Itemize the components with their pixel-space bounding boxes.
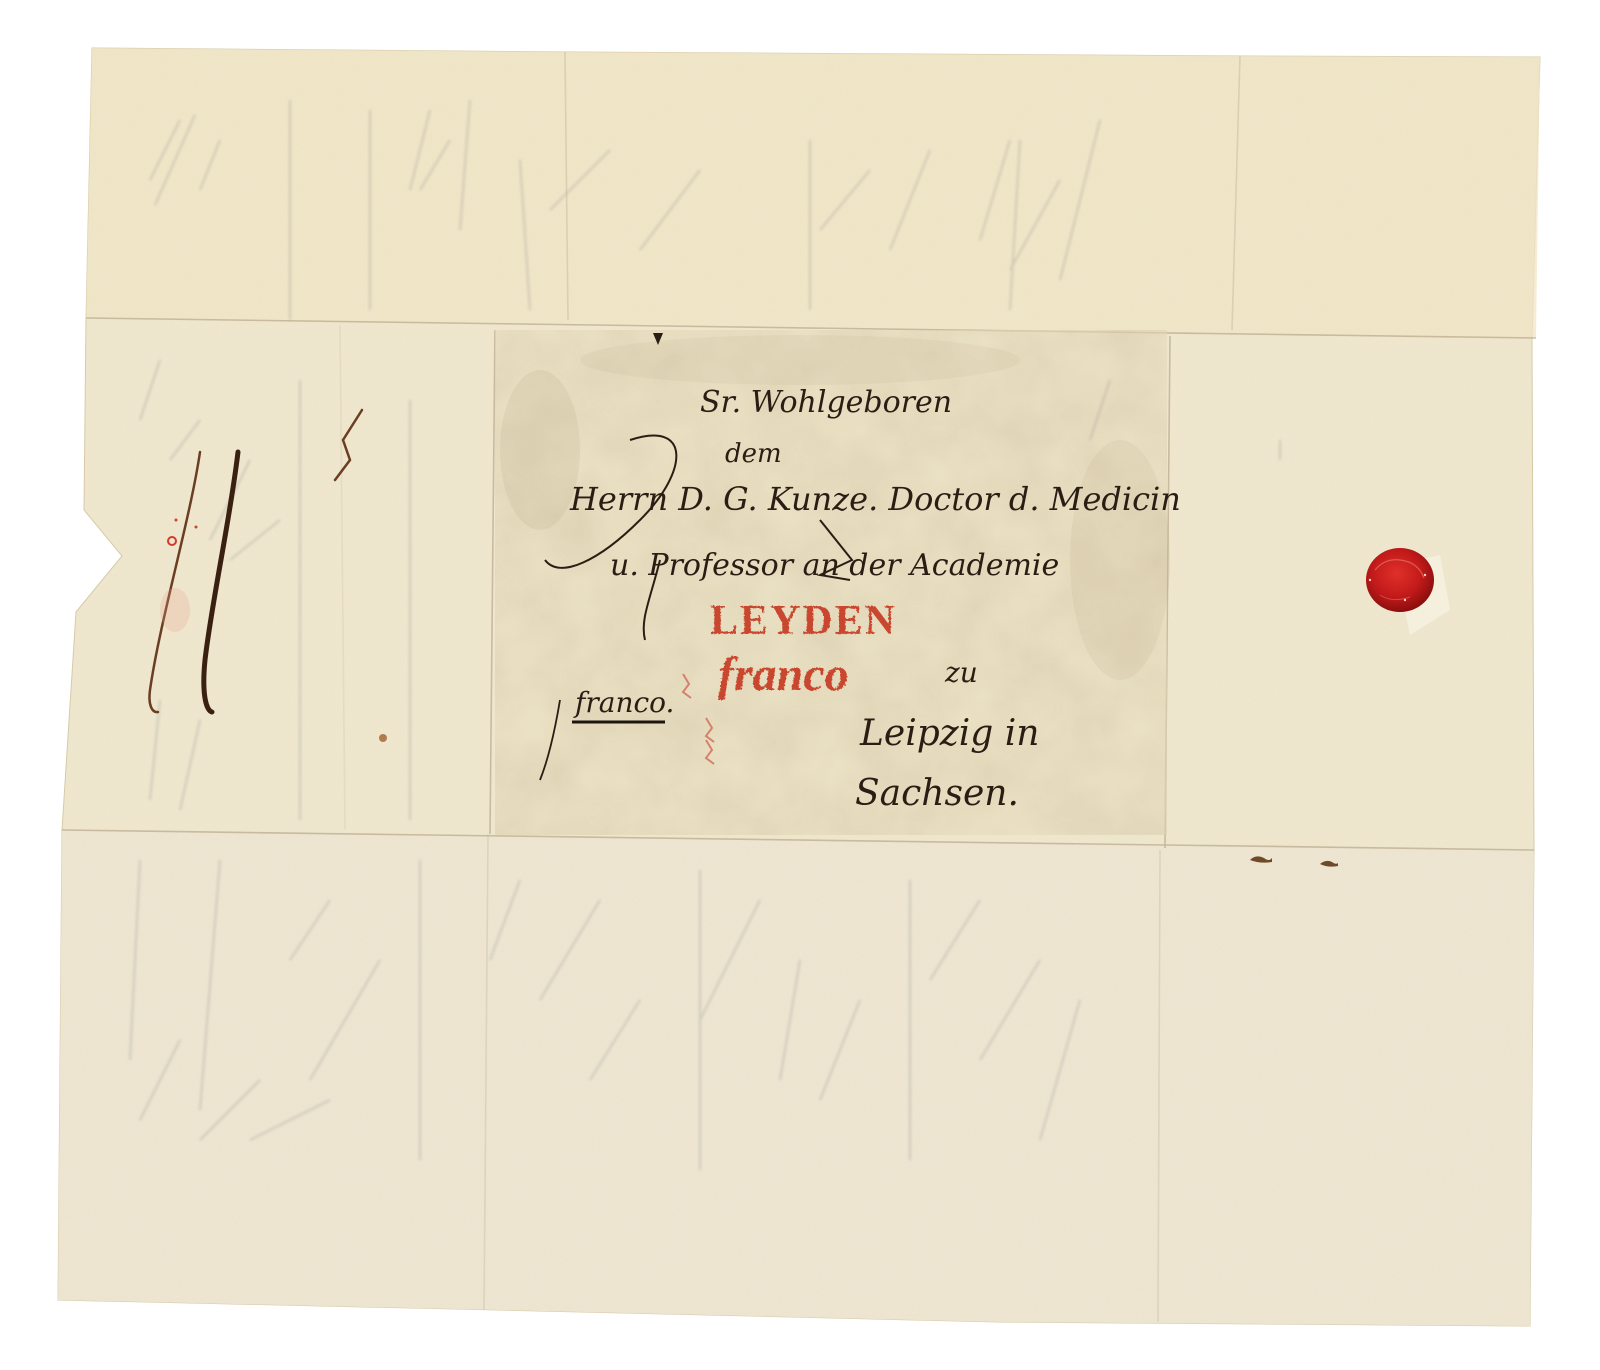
svg-text:red wax seal: red wax seal [0,0,102,4]
cancel-franco: franco [718,648,849,701]
cancel-town: LEYDEN [710,598,897,644]
svg-text:franco.: franco. [573,686,674,719]
address-line-7: Sachsen. [855,773,1019,814]
address-line-1: Sr. Wohlgeboren [700,385,952,420]
address-line-6: Leipzig in [859,713,1039,754]
letter-photo: LEYDEN franco Sr. Wohlgeboren dem Herrn … [0,0,1600,1370]
address-line-3: Herrn D. G. Kunze. Doctor d. Medicin [569,480,1181,518]
address-line-5: zu [944,656,978,689]
address-line-2: dem [725,439,782,469]
